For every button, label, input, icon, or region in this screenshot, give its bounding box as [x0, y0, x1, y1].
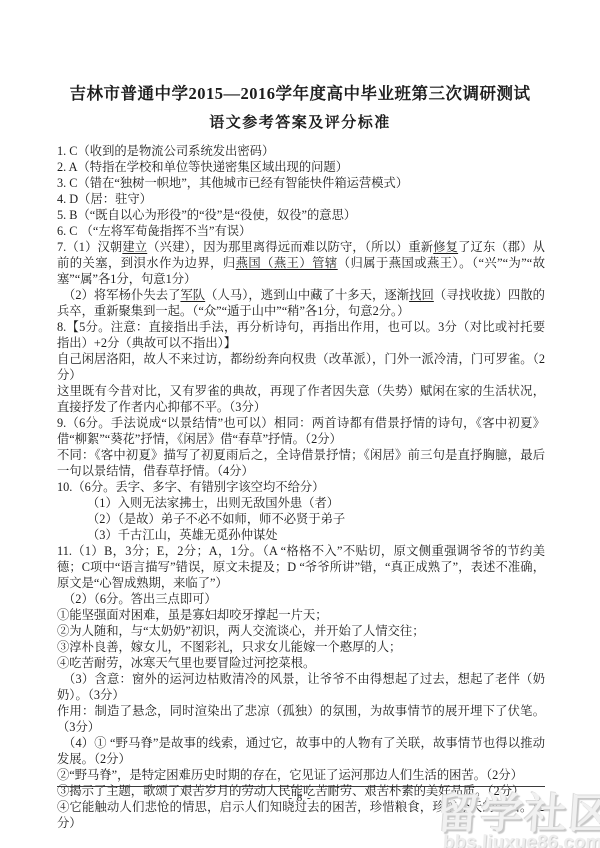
- answer-paragraph: 4. D（居：驻守）: [57, 191, 545, 207]
- answer-paragraph: 3. C（错在“独树一帜地”，其他城市已经有智能快件箱运营模式）: [57, 175, 545, 191]
- answer-paragraph: （2）（6分。答出三点即可）: [57, 591, 545, 607]
- answer-paragraph: ④吃苦耐劳，冰寒天气里也要冒险过河挖菜根。: [57, 655, 545, 671]
- answer-paragraph: 10.（6分。丢字、多字、有错别字该空均不给分）: [57, 479, 545, 495]
- answer-paragraph: 6. C （“左将军荀彘指挥不当”有误）: [57, 223, 545, 239]
- watermark: 留学社区 bbs.liuxue86.com: [434, 793, 600, 848]
- answer-paragraph: ①能坚强面对困难，虽是寡妇却咬牙撑起一片天；: [57, 607, 545, 623]
- answer-paragraph: （2）（是故）弟子不必不如师，师不必贤于弟子: [57, 511, 545, 527]
- document-header: 吉林市普通中学2015—2016学年度高中毕业班第三次调研测试 语文参考答案及评…: [0, 0, 600, 132]
- answer-paragraph: （3）千古江山，英雄无觅孙仲谋处: [57, 527, 545, 543]
- doc-title: 吉林市普通中学2015—2016学年度高中毕业班第三次调研测试: [0, 80, 600, 104]
- answer-paragraph: ③淳朴良善，嫁女儿，不图彩礼，只求女儿能嫁一个憨厚的人；: [57, 639, 545, 655]
- answer-paragraph: 2. A（特指在学校和单位等快递密集区域出现的问题）: [57, 159, 545, 175]
- answer-paragraph: ②“野马脊”，是特定困难历史时期的存在，它见证了运河那边人们生活的困苦。（2分）: [57, 767, 545, 783]
- answer-paragraph: （2）将军杨仆失去了军队（人马），逃到山中藏了十多天，逐渐找回（寻找收拢）四散的…: [57, 287, 545, 319]
- answer-paragraph: 9.（6分。手法说成“以景结情”也可以）相同：两首诗都有借景抒情的诗句，《客中初…: [57, 415, 545, 447]
- answer-paragraph: 作用：制造了悬念，同时渲染出了悲凉（孤独）的氛围，为故事情节的展开埋下了伏笔。（…: [57, 703, 545, 735]
- watermark-url: bbs.liuxue86.com: [434, 833, 600, 848]
- answer-paragraph: 这里既有今昔对比，又有罗雀的典故，再现了作者因失意（失势）赋闲在家的生活状况，直…: [57, 383, 545, 415]
- answers: 1. C（收到的是物流公司系统发出密码）2. A（特指在学校和单位等快递密集区域…: [57, 143, 545, 831]
- answer-paragraph: ②为人随和，与“太奶奶”初识，两人交流谈心，并开始了人情交往；: [57, 623, 545, 639]
- answer-paragraph: 5. B（“既自以心为形役”的“役”是“役使，奴役”的意思）: [57, 207, 545, 223]
- footer-divider: [57, 786, 545, 787]
- answer-paragraph: （4）① “野马脊”是故事的线索，通过它，故事中的人物有了关联，故事情节也得以推…: [57, 735, 545, 767]
- answer-paragraph: （1）入则无法家拂士，出则无敌国外患（者）: [57, 495, 545, 511]
- watermark-logo: 留学社区: [435, 793, 600, 835]
- answer-paragraph: 自己闲居洛阳，故人不来过访，都纷纷奔向权贵（改革派），门外一派冷清，门可罗雀。（…: [57, 351, 545, 383]
- answer-paragraph: 11.（1）B，3分；E，2分；A，1分。（A “格格不入”不贴切，原文侧重强调…: [57, 543, 545, 591]
- document-page: 吉林市普通中学2015—2016学年度高中毕业班第三次调研测试 语文参考答案及评…: [0, 0, 600, 848]
- answer-paragraph: （3）含意：窗外的运河边枯败清冷的风景，让爷爷不由得想起了过去，想起了老伴（奶奶…: [57, 671, 545, 703]
- answer-paragraph: 7.（1）汉朝建立（兴建），因为那里离得远而难以防守，（所以）重新修复了辽东（郡…: [57, 239, 545, 287]
- answer-paragraph: 不同：《客中初夏》描写了初夏雨后之，全诗借景抒情；《闲居》前三句是直抒胸臆，最后…: [57, 447, 545, 479]
- answer-paragraph: 8.【5分。注意：直接指出手法，再分析诗句，再指出作用，也可以。3分（对比或衬托…: [57, 319, 545, 351]
- answer-paragraph: 1. C（收到的是物流公司系统发出密码）: [57, 143, 545, 159]
- doc-subtitle: 语文参考答案及评分标准: [0, 111, 600, 132]
